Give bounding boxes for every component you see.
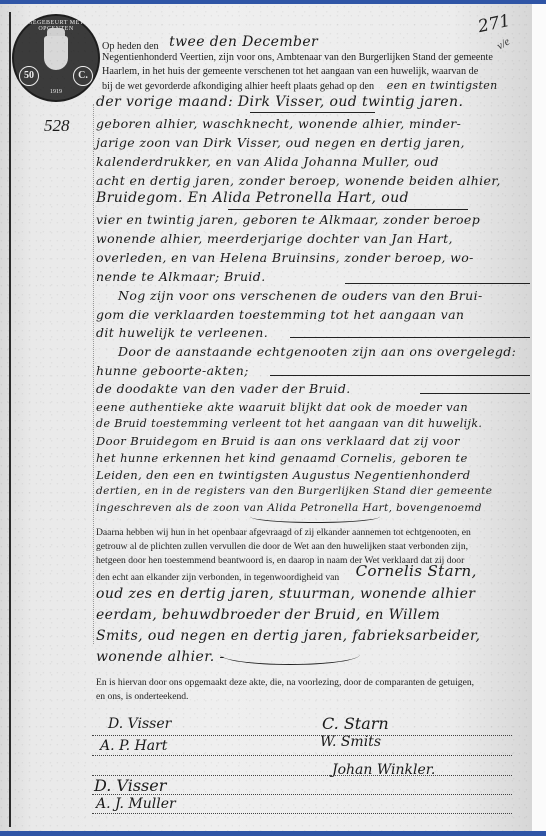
underline bbox=[250, 112, 375, 113]
act-number: 528 bbox=[44, 116, 70, 136]
hand-line: vier en twintig jaren, geboren te Alkmaa… bbox=[96, 212, 480, 227]
closing-line-1: En is hiervan door ons opgemaakt deze ak… bbox=[96, 676, 474, 690]
body-line-1: Daarna hebben wij hun in het openbaar af… bbox=[96, 526, 471, 540]
body-line-4: den echt aan elkander zijn verbonden, in… bbox=[96, 568, 463, 585]
fill-line bbox=[345, 283, 530, 284]
hand-line: dit huwelijk te verleenen. bbox=[96, 325, 268, 340]
witness-line: eerdam, behuwdbroeder der Bruid, en Will… bbox=[96, 607, 440, 623]
fill-line bbox=[270, 375, 530, 376]
hand-line: jarige zoon van Dirk Visser, oud negen e… bbox=[96, 135, 465, 150]
signature-line bbox=[92, 735, 512, 736]
hand-line: acht en dertig jaren, zonder beroep, won… bbox=[96, 173, 501, 188]
signature-witness-1: C. Starn bbox=[322, 714, 389, 733]
signature-line bbox=[92, 813, 512, 814]
hand-line: der vorige maand: Dirk Visser, oud twint… bbox=[96, 94, 463, 110]
stamp-year: 1919 bbox=[14, 89, 98, 95]
hand-line: het hunne erkennen het kind genaamd Corn… bbox=[96, 451, 468, 465]
hand-line: Leiden, den een en twintigsten Augustus … bbox=[96, 468, 470, 482]
witness-line: wonende alhier. - bbox=[96, 649, 225, 665]
flourish bbox=[250, 510, 380, 523]
marriage-date: twee den December bbox=[169, 34, 318, 50]
hand-line: dertien, en in de registers van den Burg… bbox=[96, 485, 492, 497]
hand-line: Door de aanstaande echtgenooten zijn aan… bbox=[118, 344, 516, 359]
stamp-unit: C. bbox=[73, 66, 93, 86]
signature-father: D. Visser bbox=[94, 776, 166, 795]
fill-line bbox=[420, 393, 530, 394]
revenue-stamp: GEGEBEURT MET OPCENTEN 50 C. 1919 bbox=[12, 14, 100, 102]
viewer-frame-bottom bbox=[0, 831, 546, 836]
underline bbox=[228, 209, 468, 210]
witness-1-name: Cornelis Starn, bbox=[356, 562, 477, 580]
hand-line: kalenderdrukker, en van Alida Johanna Mu… bbox=[96, 154, 439, 169]
hand-line: wonende alhier, meerderjarige dochter va… bbox=[96, 231, 453, 246]
hand-line: overleden, en van Helena Bruinsins, zond… bbox=[96, 250, 474, 265]
proclamation-date: een en twintigsten bbox=[387, 79, 498, 92]
hand-line: hunne geboorte-akten; bbox=[96, 363, 249, 378]
body-line-2: getrouw al de plichten zullen vervullen … bbox=[96, 540, 468, 554]
page-margin-line bbox=[9, 12, 11, 827]
hand-line: gom die verklaarden toestemming tot het … bbox=[96, 307, 464, 322]
signature-groom: D. Visser bbox=[108, 716, 171, 732]
signature-mother: A. J. Muller bbox=[96, 796, 176, 812]
hand-line: geboren alhier, waschknecht, wonende alh… bbox=[96, 116, 461, 131]
closing-line-2: en ons, is onderteekend. bbox=[96, 690, 188, 704]
signature-line bbox=[92, 755, 512, 756]
folio-mark: v/e bbox=[495, 36, 512, 53]
hand-line: nende te Alkmaar; Bruid. bbox=[96, 269, 266, 284]
flourish bbox=[220, 644, 360, 665]
hand-line: Door Bruidegom en Bruid is aan ons verkl… bbox=[96, 434, 460, 448]
header-line-3: Haarlem, in het huis der gemeente versch… bbox=[102, 65, 478, 79]
folio-number: 271 bbox=[476, 11, 512, 37]
hand-line: Nog zijn voor ons verschenen de ouders v… bbox=[118, 288, 483, 303]
header-line-2: Negentienhonderd Veertien, zijn voor ons… bbox=[102, 51, 493, 65]
witness-line: oud zes en dertig jaren, stuurman, wonen… bbox=[96, 586, 475, 602]
inner-margin-line bbox=[93, 104, 94, 644]
signature-witness-2: W. Smits bbox=[320, 734, 381, 750]
stamp-value: 50 bbox=[19, 66, 39, 86]
hand-line: de doodakte van den vader der Bruid. bbox=[96, 381, 351, 396]
hand-line: Bruidegom. En Alida Petronella Hart, oud bbox=[96, 190, 409, 206]
signature-bride: A. P. Hart bbox=[100, 738, 167, 754]
header-line-4: bij de wet gevorderde afkondiging alhier… bbox=[102, 79, 488, 94]
hand-line: eene authentieke akte waaruit blijkt dat… bbox=[96, 400, 468, 414]
fill-line bbox=[290, 337, 530, 338]
viewer-right-margin bbox=[532, 4, 546, 831]
signature-registrar: Johan Winkler. bbox=[332, 762, 435, 778]
witness-line: Smits, oud negen en dertig jaren, fabrie… bbox=[96, 628, 480, 644]
hand-line: de Bruid toestemming verleent tot het aa… bbox=[96, 417, 482, 430]
coat-of-arms-icon bbox=[44, 36, 68, 70]
document-page: GEGEBEURT MET OPCENTEN 50 C. 1919 271 v/… bbox=[0, 4, 532, 831]
